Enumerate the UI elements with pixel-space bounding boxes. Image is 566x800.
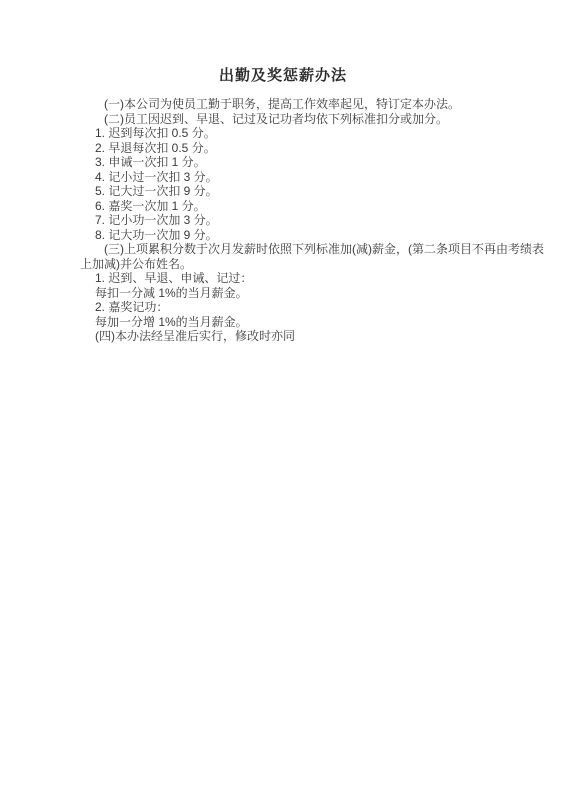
document-line-reward-amt: 每加一分增 1%的当月薪金。 <box>80 315 530 330</box>
document-line-rule-5: 5. 记大过一次扣 9 分。 <box>80 184 530 199</box>
document-line-rule-3: 3. 申诫一次扣 1 分。 <box>80 155 530 170</box>
document-line-item-4: (四)本办法经呈准后实行，修改时亦同 <box>80 329 530 344</box>
document-line-rule-2: 2. 早退每次扣 0.5 分。 <box>80 141 530 156</box>
document-body: (一)本公司为使员工勤于职务，提高工作效率起见，特订定本办法。 (二)员工因迟到… <box>80 97 530 344</box>
document-page: 出勤及奖惩薪办法 (一)本公司为使员工勤于职务，提高工作效率起见，特订定本办法。… <box>0 0 566 800</box>
document-line-item-1: (一)本公司为使员工勤于职务，提高工作效率起见，特订定本办法。 <box>80 97 530 112</box>
document-line-rule-6: 6. 嘉奖一次加 1 分。 <box>80 199 530 214</box>
document-line-rule-4: 4. 记小过一次扣 3 分。 <box>80 170 530 185</box>
document-line-reward: 2. 嘉奖记功： <box>80 300 530 315</box>
document-line-rule-7: 7. 记小功一次加 3 分。 <box>80 213 530 228</box>
document-line-item-2: (二)员工因迟到、早退、记过及记功者均依下列标准扣分或加分。 <box>80 112 530 127</box>
document-line-rule-8: 8. 记大功一次加 9 分。 <box>80 228 530 243</box>
document-line-rule-1: 1. 迟到每次扣 0.5 分。 <box>80 126 530 141</box>
document-line-deduction-amt: 每扣一分减 1%的当月薪金。 <box>80 286 530 301</box>
document-line-item-3: (三)上项累积分数于次月发薪时依照下列标准加(减)薪金，(第二条项目不再由考绩表 <box>80 242 530 257</box>
document-line-item-3-cont: 上加减)并公布姓名。 <box>80 257 530 272</box>
document-title: 出勤及奖惩薪办法 <box>0 64 566 85</box>
document-line-deduction: 1. 迟到、早退、申诫、记过： <box>80 271 530 286</box>
